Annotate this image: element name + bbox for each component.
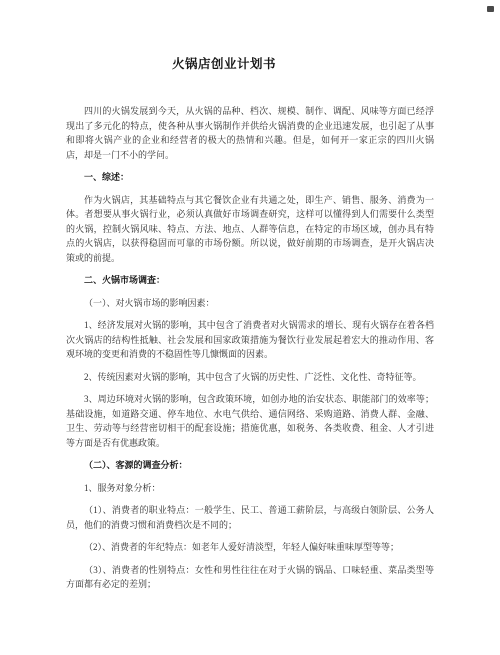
document-page: 火锅店创业计划书 四川的火锅发展到今天，从火锅的品种、档次、规模、制作、调配、风…	[0, 0, 500, 655]
heading-market-survey: 二、火锅市场调查：	[66, 273, 434, 288]
paragraph-traditional-factor: 2、传统因素对火锅的影响，其中包含了火锅的历史性、广泛性、文化性、奇特征等。	[66, 370, 434, 385]
page-corner-mark	[487, 6, 494, 12]
heading-customer-analysis: （二）、客源的调查分析：	[66, 458, 434, 473]
paragraph-economic-factor: 1、经济发展对火锅的影响，其中包含了消费者对火锅需求的增长、现有火锅存在着各档次…	[66, 318, 434, 362]
paragraph-environment-factor: 3、周边环境对火锅的影响，包含政策环境，如创办地的治安状态、职能部门的效率等；基…	[66, 392, 434, 450]
document-title: 火锅店创业计划书	[66, 56, 382, 72]
paragraph-occupation-trait: （1）、消费者的职业特点：一般学生、民工、普通工薪阶层，与高级白领阶层、公务人员…	[66, 503, 434, 532]
paragraph-age-trait: （2）、消费者的年纪特点：如老年人爱好清淡型，年轻人偏好味重味厚型等等；	[66, 540, 434, 555]
subheading-service-target: 1、服务对象分析：	[66, 481, 434, 496]
heading-overview: 一、综述：	[66, 170, 434, 185]
paragraph-gender-trait: （3）、消费者的性别特点：女性和男性往往在对于火锅的锅品、口味轻重、菜品类型等方…	[66, 563, 434, 592]
paragraph-overview: 作为火锅店，其基础特点与其它餐饮企业有共通之处，即生产、销售、服务、消费为一体。…	[66, 193, 434, 266]
subheading-influence-factors: （一）、对火锅市场的影响因素：	[66, 296, 434, 311]
paragraph-intro: 四川的火锅发展到今天，从火锅的品种、档次、规模、制作、调配、风味等方面已经浮现出…	[66, 104, 434, 162]
